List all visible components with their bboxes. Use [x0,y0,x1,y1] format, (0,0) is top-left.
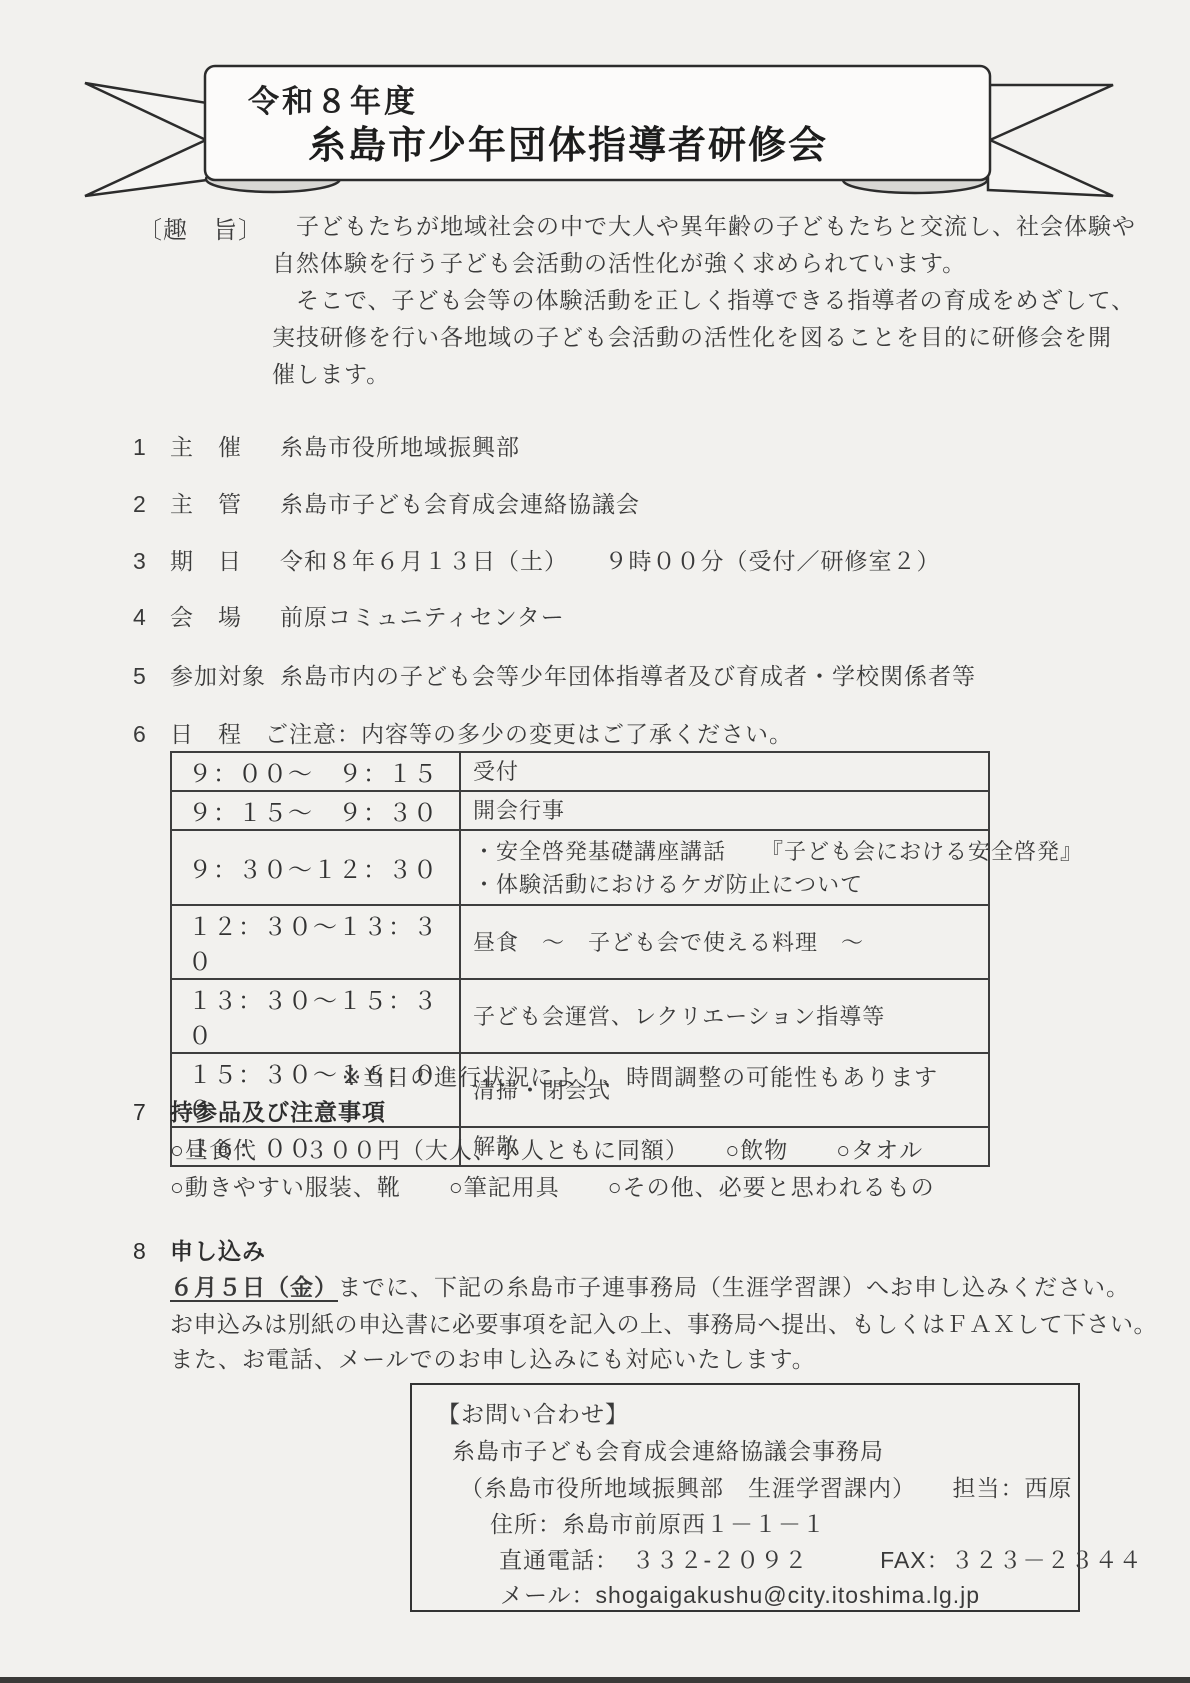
content-line: 昼食 ～ 子ども会で使える料理 ～ [473,926,987,959]
belongings-line: ○動きやすい服装、靴 ○筆記用具 ○その他、必要と思われるもの [170,1169,935,1202]
item-number: 2 [133,491,170,518]
item-label: 主 催 [170,429,280,462]
time-cell: ９：３０～１２：３０ [171,830,460,905]
content-line: 開会行事 [473,794,987,827]
item-label: 主 管 [170,486,280,519]
schedule-row: ９：３０～１２：３０ ・安全啓発基礎講座講話 『子ども会における安全啓発』 ・体… [171,830,989,905]
content-line: ・安全啓発基礎講座講話 『子ども会における安全啓発』 [473,835,987,868]
application-heading: 8申し込み [133,1233,266,1266]
purpose-label: 〔趣 旨〕 [138,210,263,245]
item-row: 3期 日令和８年６月１３日（土） ９時００分（受付／研修室２） [133,543,941,576]
scan-edge [0,1677,1190,1683]
purpose-line: 実技研修を行い各地域の子ども会活動の活性化を図ることを目的に研修会を開 [272,319,1136,356]
schedule-footnote: ※当日の進行状況により、時間調整の可能性もあります [220,1059,1060,1092]
item-label: 会 場 [170,599,280,632]
content-cell: 開会行事 [460,791,989,830]
item-number: 6 [133,721,170,748]
item-row: 4会 場前原コミュニティセンター [133,599,565,632]
content-line: ・体験活動におけるケガ防止について [473,868,987,901]
application-line: また、お電話、メールでのお申し込みにも対応いたします。 [170,1341,816,1374]
contact-email: メール：shogaigakushu@city.itoshima.lg.jp [500,1577,980,1610]
contact-heading: 【お問い合わせ】 [437,1396,629,1429]
application-deadline: ６月５日（金） [170,1274,338,1300]
schedule-notice: ご注意：内容等の多少の変更はご了承ください。 [265,721,793,747]
application-line: お申込みは別紙の申込書に必要事項を記入の上、事務局へ提出、もしくはＦＡＸして下さ… [170,1306,1157,1339]
belongings-line: ○昼食代 ３００円（大人、小人ともに同額） ○飲物 ○タオル [170,1132,923,1165]
schedule-row: ９：００～ ９：１５ 受付 [171,752,989,791]
item-row: 2主 管糸島市子ども会育成会連絡協議会 [133,486,640,519]
item-value: 糸島市子ども会育成会連絡協議会 [280,491,640,517]
item-number: 7 [133,1099,170,1126]
item-value: 令和８年６月１３日（土） ９時００分（受付／研修室２） [280,548,941,574]
purpose-line: そこで、子ども会等の体験活動を正しく指導できる指導者の育成をめざして、 [272,282,1136,319]
item-number: 1 [133,434,170,461]
item-row: 1主 催糸島市役所地域振興部 [133,429,520,462]
item-number: 3 [133,548,170,575]
schedule-row: １２：３０～１３：３０ 昼食 ～ 子ども会で使える料理 ～ [171,905,989,979]
content-cell: 昼食 ～ 子ども会で使える料理 ～ [460,905,989,979]
content-cell: 受付 [460,752,989,791]
application-heading-label: 申し込み [170,1238,266,1264]
schedule-row: １３：３０～１５：３０ 子ども会運営、レクリエーション指導等 [171,979,989,1053]
item-value: 糸島市内の子ども会等少年団体指導者及び育成者・学校関係者等 [280,663,976,689]
item-number: 5 [133,663,170,690]
item-number: 8 [133,1238,170,1265]
contact-phone-fax: 直通電話： ３３２-２０９２ FAX：３２３－２３４４ [499,1542,1143,1575]
item-value: 前原コミュニティセンター [280,604,565,630]
scanned-flyer-page: 令和８年度 糸島市少年団体指導者研修会 〔趣 旨〕 子どもたちが地域社会の中で大… [0,0,1190,1683]
ribbon-left-tail [85,83,207,196]
purpose-line: 子どもたちが地域社会の中で大人や異年齢の子どもたちと交流し、社会体験や [272,208,1136,245]
contact-address: 住所：糸島市前原西１－１－１ [490,1506,826,1539]
item-row: 5参加対象糸島市内の子ども会等少年団体指導者及び育成者・学校関係者等 [133,658,976,691]
purpose-paragraph: 子どもたちが地域社会の中で大人や異年齢の子どもたちと交流し、社会体験や 自然体験… [272,208,1136,393]
contact-org: 糸島市子ども会育成会連絡協議会事務局 [452,1433,884,1466]
item-label: 参加対象 [170,658,280,691]
content-line: 子ども会運営、レクリエーション指導等 [473,1000,987,1033]
purpose-line: 自然体験を行う子ども会活動の活性化が強く求められています。 [272,245,1136,282]
purpose-line: 催します。 [272,356,1136,393]
time-cell: １３：３０～１５：３０ [171,979,460,1053]
content-cell: ・安全啓発基礎講座講話 『子ども会における安全啓発』 ・体験活動におけるケガ防止… [460,830,989,905]
schedule-row: ９：１５～ ９：３０ 開会行事 [171,791,989,830]
application-line: ６月５日（金）までに、下記の糸島市子連事務局（生涯学習課）へお申し込みください。 [170,1269,1130,1302]
event-title: 糸島市少年団体指導者研修会 [308,114,828,169]
application-deadline-rest: までに、下記の糸島市子連事務局（生涯学習課）へお申し込みください。 [338,1274,1130,1300]
time-cell: １２：３０～１３：３０ [171,905,460,979]
time-cell: ９：００～ ９：１５ [171,752,460,791]
belongings-heading: 7持参品及び注意事項 [133,1094,386,1127]
item-value: 糸島市役所地域振興部 [280,434,520,460]
item-label: 日 程 [170,716,265,749]
ribbon-right-tail [988,85,1113,196]
content-cell: 子ども会運営、レクリエーション指導等 [460,979,989,1053]
item-number: 4 [133,604,170,631]
item-label: 期 日 [170,543,280,576]
schedule-heading: 6日 程ご注意：内容等の多少の変更はご了承ください。 [133,716,793,749]
time-cell: ９：１５～ ９：３０ [171,791,460,830]
belongings-heading-label: 持参品及び注意事項 [170,1099,386,1125]
content-line: 受付 [473,755,987,788]
contact-org-note: （糸島市役所地域振興部 生涯学習課内） 担当：西原 [460,1470,1073,1503]
contact-box: 【お問い合わせ】 糸島市子ども会育成会連絡協議会事務局 （糸島市役所地域振興部 … [410,1383,1080,1612]
